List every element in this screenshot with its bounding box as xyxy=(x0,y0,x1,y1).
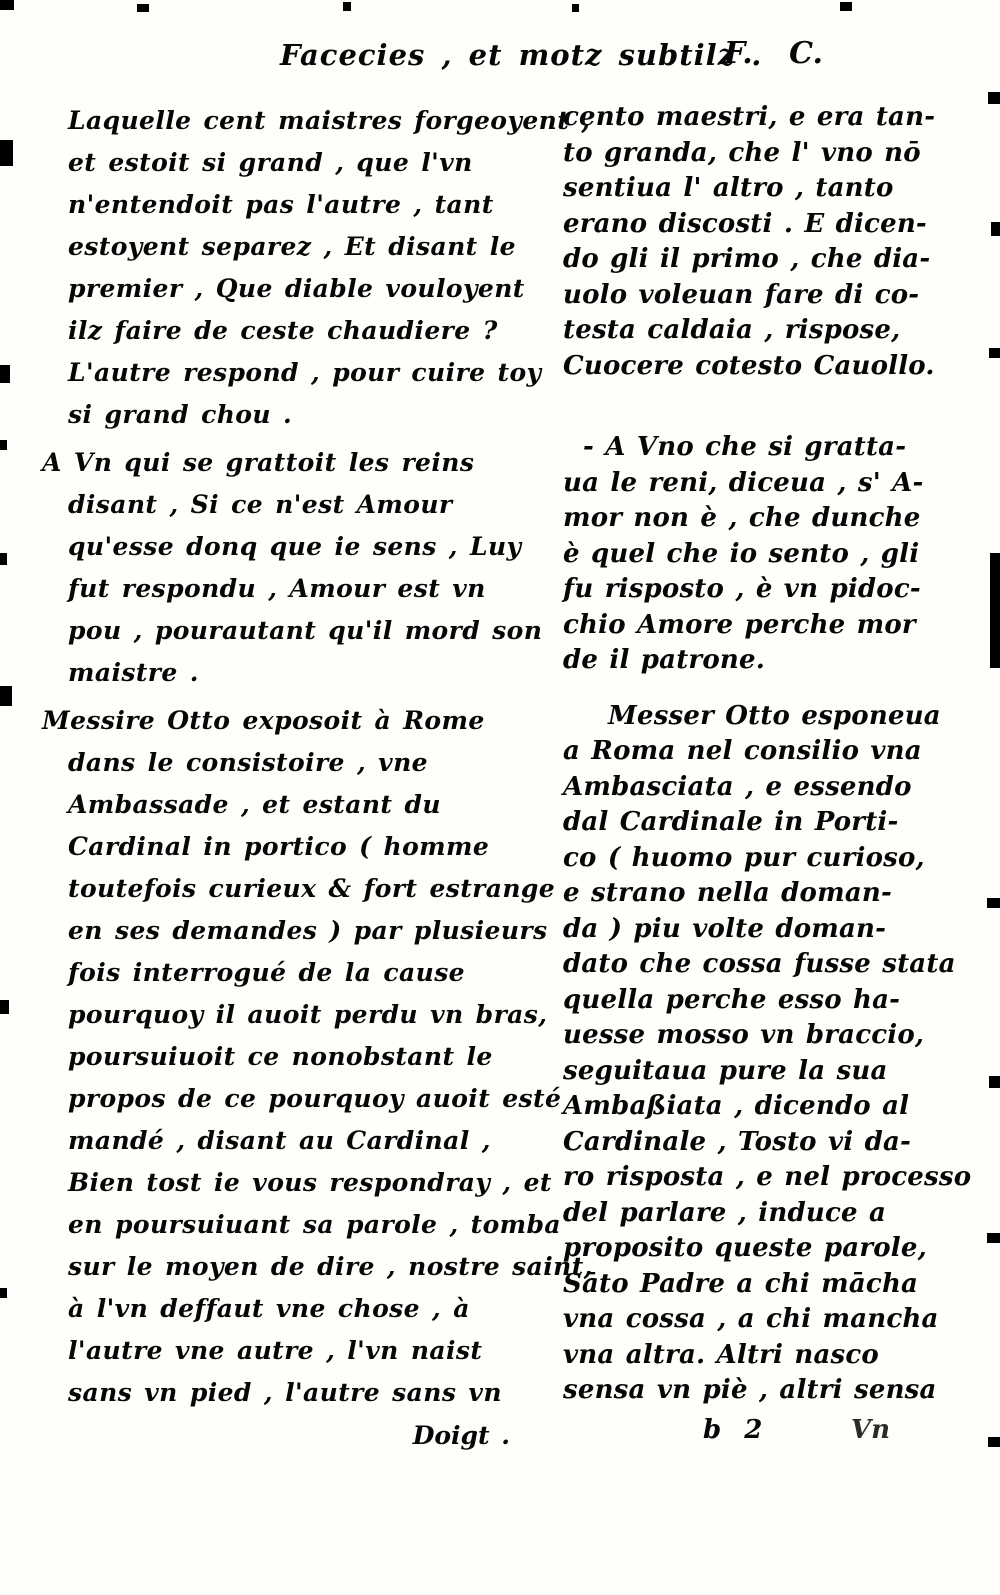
text-line: testa caldaia , rispose, xyxy=(563,313,968,349)
paragraph-italian-2: - A Vno che si gratta-ua le reni, diceua… xyxy=(563,430,968,679)
text-line: dal Cardinale in Porti- xyxy=(563,805,968,841)
text-line: maistre . xyxy=(68,652,562,694)
text-line: Sāto Padre a chi mācha xyxy=(563,1267,968,1303)
text-line: poursuiuoit ce nonobstant le xyxy=(68,1036,562,1078)
text-line: mor non è , che dunche xyxy=(563,501,968,537)
text-line: ilz faire de ceste chaudiere ? xyxy=(68,310,562,352)
text-line: fois interrogué de la cause xyxy=(68,952,562,994)
text-line: e strano nella doman- xyxy=(563,876,968,912)
scan-artifact xyxy=(0,1288,7,1298)
text-line: de il patrone. xyxy=(563,643,968,679)
text-line: l'autre vne autre , l'vn naist xyxy=(68,1330,562,1372)
scan-artifact xyxy=(987,898,1000,908)
text-line: ua le reni, diceua , s' A- xyxy=(563,466,968,502)
text-line: A Vn qui se grattoit les reins xyxy=(42,442,562,484)
italian-text-column: cento maestri, e era tan-to granda, che … xyxy=(563,100,968,1449)
french-text-column: Laquelle cent maistres forgeoyent ,et es… xyxy=(42,100,562,1458)
scan-artifact xyxy=(989,1076,1000,1088)
text-line: do gli il primo , che dia- xyxy=(563,242,968,278)
scan-artifact xyxy=(343,2,351,11)
text-line: premier , Que diable vouloyent xyxy=(68,268,562,310)
signature-row: b 2 Vn xyxy=(563,1411,968,1449)
catchword: Vn xyxy=(851,1411,890,1449)
text-line: Ambassade , et estant du xyxy=(68,784,562,826)
text-line: qu'esse donq que ie sens , Luy xyxy=(68,526,562,568)
text-line: erano discosti . E dicen- xyxy=(563,207,968,243)
text-line: uolo voleuan fare di co- xyxy=(563,278,968,314)
text-line: Bien tost ie vous respondray , et xyxy=(68,1162,562,1204)
text-line: quella perche esso ha- xyxy=(563,983,968,1019)
text-line: chio Amore perche mor xyxy=(563,608,968,644)
text-line: Messire Otto exposoit à Rome xyxy=(42,700,562,742)
text-line: Messer Otto esponeua xyxy=(608,699,968,735)
running-title: Facecies , et motz subtilz . xyxy=(280,38,762,72)
scan-artifact xyxy=(0,440,7,450)
text-line: è quel che io sento , gli xyxy=(563,537,968,573)
text-line: Ambasciata , e essendo xyxy=(563,770,968,806)
text-line: propos de ce pourquoy auoit esté xyxy=(68,1078,562,1120)
text-line: vna altra. Altri nasco xyxy=(563,1338,968,1374)
text-line: cento maestri, e era tan- xyxy=(563,100,968,136)
text-line: seguitaua pure la sua xyxy=(563,1054,968,1090)
text-line: co ( huomo pur curioso, xyxy=(563,841,968,877)
folio-mark: F. C. xyxy=(724,36,823,71)
scan-artifact xyxy=(0,140,13,166)
text-line: sur le moyen de dire , nostre saint, xyxy=(68,1246,562,1288)
paragraph-french-1: Laquelle cent maistres forgeoyent ,et es… xyxy=(42,100,562,436)
scan-artifact xyxy=(0,1000,9,1014)
scan-artifact xyxy=(990,553,1000,668)
text-line: sensa vn piè , altri sensa xyxy=(563,1373,968,1409)
scan-artifact xyxy=(572,4,579,12)
text-line: Cardinale , Tosto vi da- xyxy=(563,1125,968,1161)
scan-artifact xyxy=(991,222,1000,236)
text-line: sentiua l' altro , tanto xyxy=(563,171,968,207)
hanging-word: Doigt . xyxy=(42,1414,562,1458)
text-line: toutefois curieux & fort estrange xyxy=(68,868,562,910)
text-line: à l'vn deffaut vne chose , à xyxy=(68,1288,562,1330)
text-line: en poursuiuant sa parole , tomba xyxy=(68,1204,562,1246)
scan-artifact xyxy=(840,2,852,11)
text-line: Laquelle cent maistres forgeoyent , xyxy=(68,100,562,142)
scan-artifact xyxy=(987,1233,1000,1243)
book-page-scan: Facecies , et motz subtilz . F. C. Laque… xyxy=(0,0,1000,1595)
text-line: sans vn pied , l'autre sans vn xyxy=(68,1372,562,1414)
text-line: proposito queste parole, xyxy=(563,1231,968,1267)
scan-artifact xyxy=(0,365,10,383)
scan-artifact xyxy=(989,348,1000,358)
scan-artifact xyxy=(0,686,12,706)
text-line: da ) piu volte doman- xyxy=(563,912,968,948)
text-line: ro risposta , e nel processo xyxy=(563,1160,968,1196)
scan-artifact xyxy=(0,553,7,565)
text-line: estoyent separez , Et disant le xyxy=(68,226,562,268)
text-line: uesse mosso vn braccio, xyxy=(563,1018,968,1054)
text-line: fut respondu , Amour est vn xyxy=(68,568,562,610)
text-line: del parlare , induce a xyxy=(563,1196,968,1232)
scan-artifact xyxy=(0,0,14,10)
scan-artifact xyxy=(988,1437,1000,1447)
text-line: Cardinal in portico ( homme xyxy=(68,826,562,868)
text-line: pourquoy il auoit perdu vn bras, xyxy=(68,994,562,1036)
text-line: si grand chou . xyxy=(68,394,562,436)
text-line: dans le consistoire , vne xyxy=(68,742,562,784)
text-line: Cuocere cotesto Cauollo. xyxy=(563,349,968,385)
paragraph-french-3: Messire Otto exposoit à Romedans le cons… xyxy=(42,700,562,1414)
text-line: to granda, che l' vno nō xyxy=(563,136,968,172)
text-line: Ambaßiata , dicendo al xyxy=(563,1089,968,1125)
text-line: a Roma nel consilio vna xyxy=(563,734,968,770)
text-line: vna cossa , a chi mancha xyxy=(563,1302,968,1338)
gathering-signature: b 2 xyxy=(703,1411,762,1449)
text-line: en ses demandes ) par plusieurs xyxy=(68,910,562,952)
text-line: n'entendoit pas l'autre , tant xyxy=(68,184,562,226)
text-line: fu risposto , è vn pidoc- xyxy=(563,572,968,608)
text-line: et estoit si grand , que l'vn xyxy=(68,142,562,184)
text-line: pou , pourautant qu'il mord son xyxy=(68,610,562,652)
text-line: dato che cossa fusse stata xyxy=(563,947,968,983)
text-line: - A Vno che si gratta- xyxy=(583,430,968,466)
text-line: mandé , disant au Cardinal , xyxy=(68,1120,562,1162)
paragraph-italian-3: Messer Otto esponeuaa Roma nel consilio … xyxy=(563,699,968,1409)
scan-artifact xyxy=(137,4,149,12)
text-line: disant , Si ce n'est Amour xyxy=(68,484,562,526)
scan-artifact xyxy=(988,92,1000,104)
paragraph-italian-1: cento maestri, e era tan-to granda, che … xyxy=(563,100,968,384)
text-line: L'autre respond , pour cuire toy xyxy=(68,352,562,394)
paragraph-french-2: A Vn qui se grattoit les reinsdisant , S… xyxy=(42,442,562,694)
